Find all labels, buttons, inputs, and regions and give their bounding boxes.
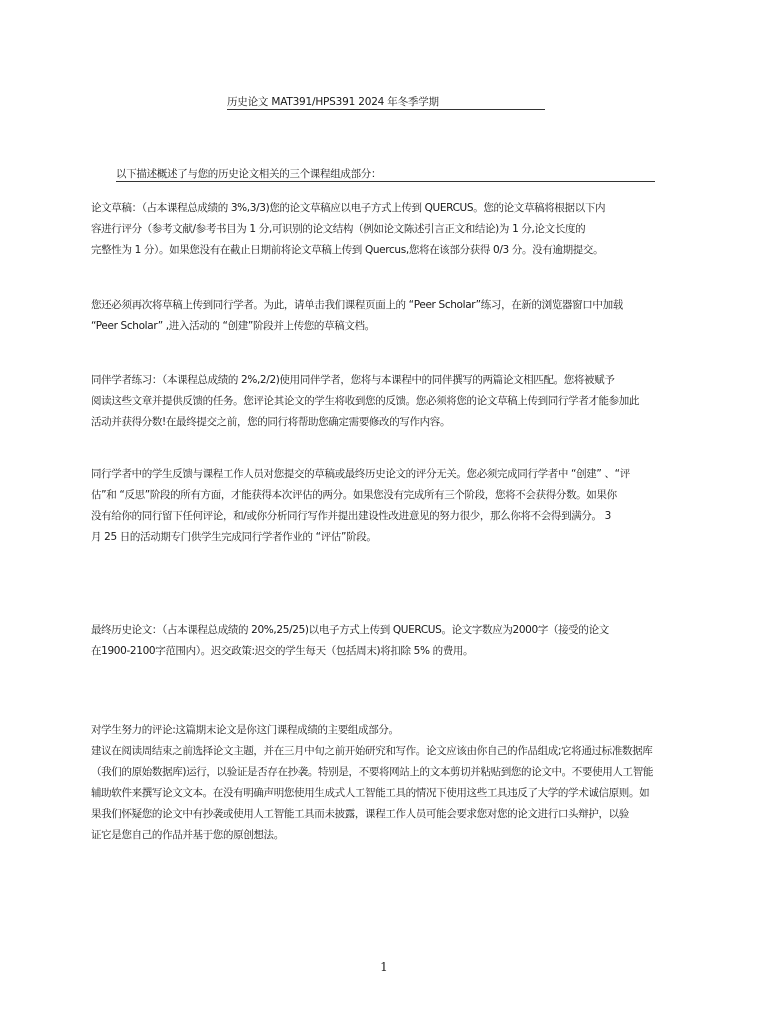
paragraph-line: 容进行评分（参考文献/参考书目为 1 分,可识别的论文结构（例如论文陈述引言正文… xyxy=(91,219,671,240)
intro-heading: 以下描述概述了与您的历史论文相关的三个课程组成部分： xyxy=(116,167,655,182)
paragraph-line: 建议在阅读周结束之前选择论文主题，并在三月中旬之前开始研究和写作。论文应该由你自… xyxy=(91,741,671,762)
paragraph-line: 在1900-2100字范围内）。迟交政策:迟交的学生每天（包括周末)将扣除 5%… xyxy=(91,641,671,662)
document-page: 历史论文 MAT391/HPS391 2024 年冬季学期 以下描述概述了与您的… xyxy=(0,0,768,1024)
paragraph-line: 没有给你的同行留下任何评论，和/或你分析同行写作并提出建设性改进意见的努力很少，… xyxy=(91,506,671,527)
paragraph-peer-upload: 您还必须再次将草稿上传到同行学者。为此，请单击我们课程页面上的 “Peer Sc… xyxy=(91,295,671,337)
paragraph-line: 最终历史论文：（占本课程总成绩的 20%,25/25)以电子方式上传到 QUER… xyxy=(91,620,671,641)
paragraph-line: 论文草稿：（占本课程总成绩的 3%,3/3)您的论文草稿应以电子方式上传到 QU… xyxy=(91,198,671,219)
paragraph-effort-comment: 对学生努力的评论:这篇期末论文是你这门课程成绩的主要组成部分。 建议在阅读周结束… xyxy=(91,720,671,846)
paragraph-line: “Peer Scholar” ,进入活动的 “创建”阶段并上传您的草稿文档。 xyxy=(91,316,671,337)
paragraph-line: 您还必须再次将草稿上传到同行学者。为此，请单击我们课程页面上的 “Peer Sc… xyxy=(91,295,671,316)
paragraph-line: 阅读这些文章并提供反馈的任务。您评论其论文的学生将收到您的反馈。您必须将您的论文… xyxy=(91,391,671,412)
paragraph-line: 辅助软件来撰写论文文本。在没有明确声明您使用生成式人工智能工具的情况下使用这些工… xyxy=(91,783,671,804)
paragraph-line: 估”和 “反思”阶段的所有方面，才能获得本次评估的两分。如果您没有完成所有三个阶… xyxy=(91,485,671,506)
paragraph-line: 证它是您自己的作品并基于您的原创想法。 xyxy=(91,825,671,846)
paragraph-line: 活动并获得分数!在最终提交之前，您的同行将帮助您确定需要修改的写作内容。 xyxy=(91,412,671,433)
paragraph-line: 对学生努力的评论:这篇期末论文是你这门课程成绩的主要组成部分。 xyxy=(91,720,671,741)
page-number: 1 xyxy=(0,960,768,974)
paragraph-line: 果我们怀疑您的论文中有抄袭或使用人工智能工具而未披露，课程工作人员可能会要求您对… xyxy=(91,804,671,825)
paragraph-line: 月 25 日的活动期专门供学生完成同行学者作业的 “评估”阶段。 xyxy=(91,527,671,548)
paragraph-peer-feedback: 同行学者中的学生反馈与课程工作人员对您提交的草稿或最终历史论文的评分无关。您必须… xyxy=(91,464,671,548)
paragraph-line: 完整性为 1 分）。如果您没有在截止日期前将论文草稿上传到 Quercus,您将… xyxy=(91,240,671,261)
paragraph-peer-exercise: 同伴学者练习：（本课程总成绩的 2%,2/2)使用同伴学者，您将与本课程中的同伴… xyxy=(91,370,671,433)
paragraph-line: （我们的原始数据库)运行，以验证是否存在抄袭。特别是，不要将网站上的文本剪切并粘… xyxy=(91,762,671,783)
paragraph-line: 同行学者中的学生反馈与课程工作人员对您提交的草稿或最终历史论文的评分无关。您必须… xyxy=(91,464,671,485)
paragraph-essay-draft: 论文草稿：（占本课程总成绩的 3%,3/3)您的论文草稿应以电子方式上传到 QU… xyxy=(91,198,671,261)
paragraph-line: 同伴学者练习：（本课程总成绩的 2%,2/2)使用同伴学者，您将与本课程中的同伴… xyxy=(91,370,671,391)
document-title: 历史论文 MAT391/HPS391 2024 年冬季学期 xyxy=(227,95,545,110)
paragraph-final-essay: 最终历史论文：（占本课程总成绩的 20%,25/25)以电子方式上传到 QUER… xyxy=(91,620,671,662)
